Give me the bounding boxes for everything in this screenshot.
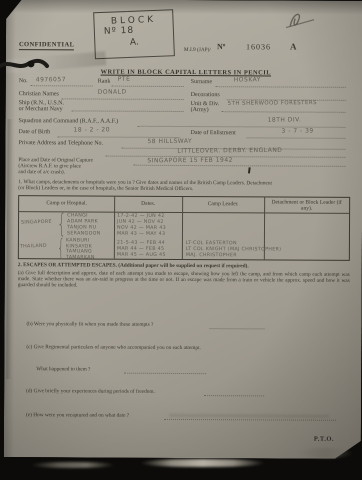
unit-div-value: 5TH SHERWOOD FORESTERS <box>228 100 317 107</box>
no-value: 4976057 <box>36 77 66 83</box>
address-label: Private Address and Telephone No. <box>18 140 103 147</box>
ship-label-2: or Merchant Navy <box>19 106 63 113</box>
address-value-2: LITTLEOVER. DERBY. ENGLAND <box>177 148 282 155</box>
pencil-tick <box>248 167 250 173</box>
section2-item-c: (c) Give Regimental particulars of anyon… <box>26 344 200 351</box>
date-of-birth-label: Date of Birth <box>18 129 50 136</box>
surname-value: HOSKAY <box>234 77 261 83</box>
confidential-marking: CONFIDENTIAL <box>19 41 74 50</box>
table-header-detachment: Detachment or Block Leader (if any). <box>266 199 347 211</box>
decorations-label: Decorations <box>191 92 220 99</box>
unit-div-label-2: (Army) <box>191 107 209 114</box>
form-letter: A <box>290 44 297 51</box>
pencil-instruction: WRITE IN BLOCK CAPITAL LETTERS IN PENCIL <box>66 68 306 76</box>
unit-div-value-2: 18TH DIV. <box>268 117 302 123</box>
section2-item-d: (d) Give briefly your experiences during… <box>26 388 155 395</box>
photo-of-document: { "stamp": { "line1": "BLOCK", "line2": … <box>0 0 362 480</box>
group2-leader-3: MAJ. CHRISTOPHER <box>186 253 237 258</box>
section2-item-c2: What happened to them ? <box>36 366 90 373</box>
group1-camp-3: TANJON RU <box>67 225 96 230</box>
section1-intro-line2: (or Block) Leaders or, in the case of ho… <box>18 185 193 192</box>
stamp-line3: A. <box>95 36 173 49</box>
stamp-line2: Nº 18 <box>95 24 173 37</box>
pencil-squiggle-mark <box>284 7 318 33</box>
file-string-tag <box>0 53 50 77</box>
group2-dates-3: MAR 45 — AUG 45 <box>117 253 166 258</box>
address-value-1: 58 HILLSWAY <box>147 139 192 145</box>
enlistment-value: 3 - 7 - 39 <box>281 128 313 134</box>
rank-label: Rank <box>98 79 111 86</box>
pto-label: P.T.O. <box>314 436 334 443</box>
group2-brace: { <box>57 237 65 260</box>
section2-item-a: (a) Give full description and approx. da… <box>18 270 350 290</box>
group2-location: THAILAND <box>20 244 47 250</box>
table-header-camp: Camp or Hospital. <box>19 200 114 206</box>
no-label: No. <box>19 78 28 85</box>
capture-value: SINGAPORE 15 FEB 1942 <box>147 158 233 165</box>
group1-dates-4: MAR 43 — MAY 43 <box>117 232 165 237</box>
form-reference: M.I.9 (JAP)/ <box>184 47 211 54</box>
table-header-dates: Dates. <box>114 201 182 207</box>
rank-value: PTE <box>118 77 131 83</box>
section2-item-b: (b) Were you physically fit when you mad… <box>26 321 153 328</box>
table-header-leader: Camp Leader. <box>182 201 264 207</box>
no-symbol: Nº <box>217 44 225 51</box>
group2-camp-4: TAMARKAN <box>66 255 95 260</box>
form-number: 16036 <box>246 44 271 51</box>
paper-edge-highlight <box>140 459 265 467</box>
paper-edge-shadow <box>298 448 353 458</box>
group1-dates-2: JUN 42 — NOV 42 <box>117 220 164 225</box>
group1-camp-2: ADAM PARK <box>67 219 98 224</box>
surname-label: Surname <box>191 79 212 86</box>
camps-table: Camp or Hospital. Dates. Camp Leader. De… <box>18 195 350 261</box>
section2-heading: 2. ESCAPES OR ATTEMPTED ESCAPES. (Additi… <box>18 262 249 270</box>
group1-camp-4: SERANGOON <box>67 231 101 236</box>
group2-dates-1: 21-5-43 — FEB 44 <box>117 241 165 246</box>
date-of-birth-value: 18 - 2 - 20 <box>73 127 110 133</box>
block-stamp: BLOCK Nº 18 A. <box>93 9 175 59</box>
enlistment-label: Date of Enlistment <box>190 130 235 137</box>
group1-location: SINGAPORE <box>21 220 52 226</box>
group1-brace: { <box>57 211 66 237</box>
christian-names-value: DONALD <box>98 89 127 95</box>
group2-leader-2: LT COL KNIGHT (MAJ CHRISTOPHER) <box>186 247 281 253</box>
group2-dates-2: MAR 44 — FEB 45 <box>117 247 164 252</box>
group1-dates-3: NOV 42 — MAR 43 <box>117 226 166 231</box>
paper-wrinkle <box>6 119 15 379</box>
capture-label-3: and date of a/c crash). <box>18 169 65 176</box>
group1-camp-1: CHANGI <box>67 213 88 218</box>
squadron-label: Squadron and Command (R.A.F., A.A.F.) <box>19 118 119 125</box>
form-paper: BLOCK Nº 18 A. CONFIDENTIAL M.I.9 (JAP)/… <box>4 0 362 459</box>
group1-dates-1: 17-2-42 — JUN 42 <box>117 214 165 219</box>
christian-names-label: Christian Names <box>19 91 59 98</box>
group2-leader-1: LT-COL EASTERTON <box>186 241 237 246</box>
section2-item-e: (e) How were you recaptured and on what … <box>26 412 129 419</box>
paper-edge-highlight-2 <box>30 462 115 468</box>
